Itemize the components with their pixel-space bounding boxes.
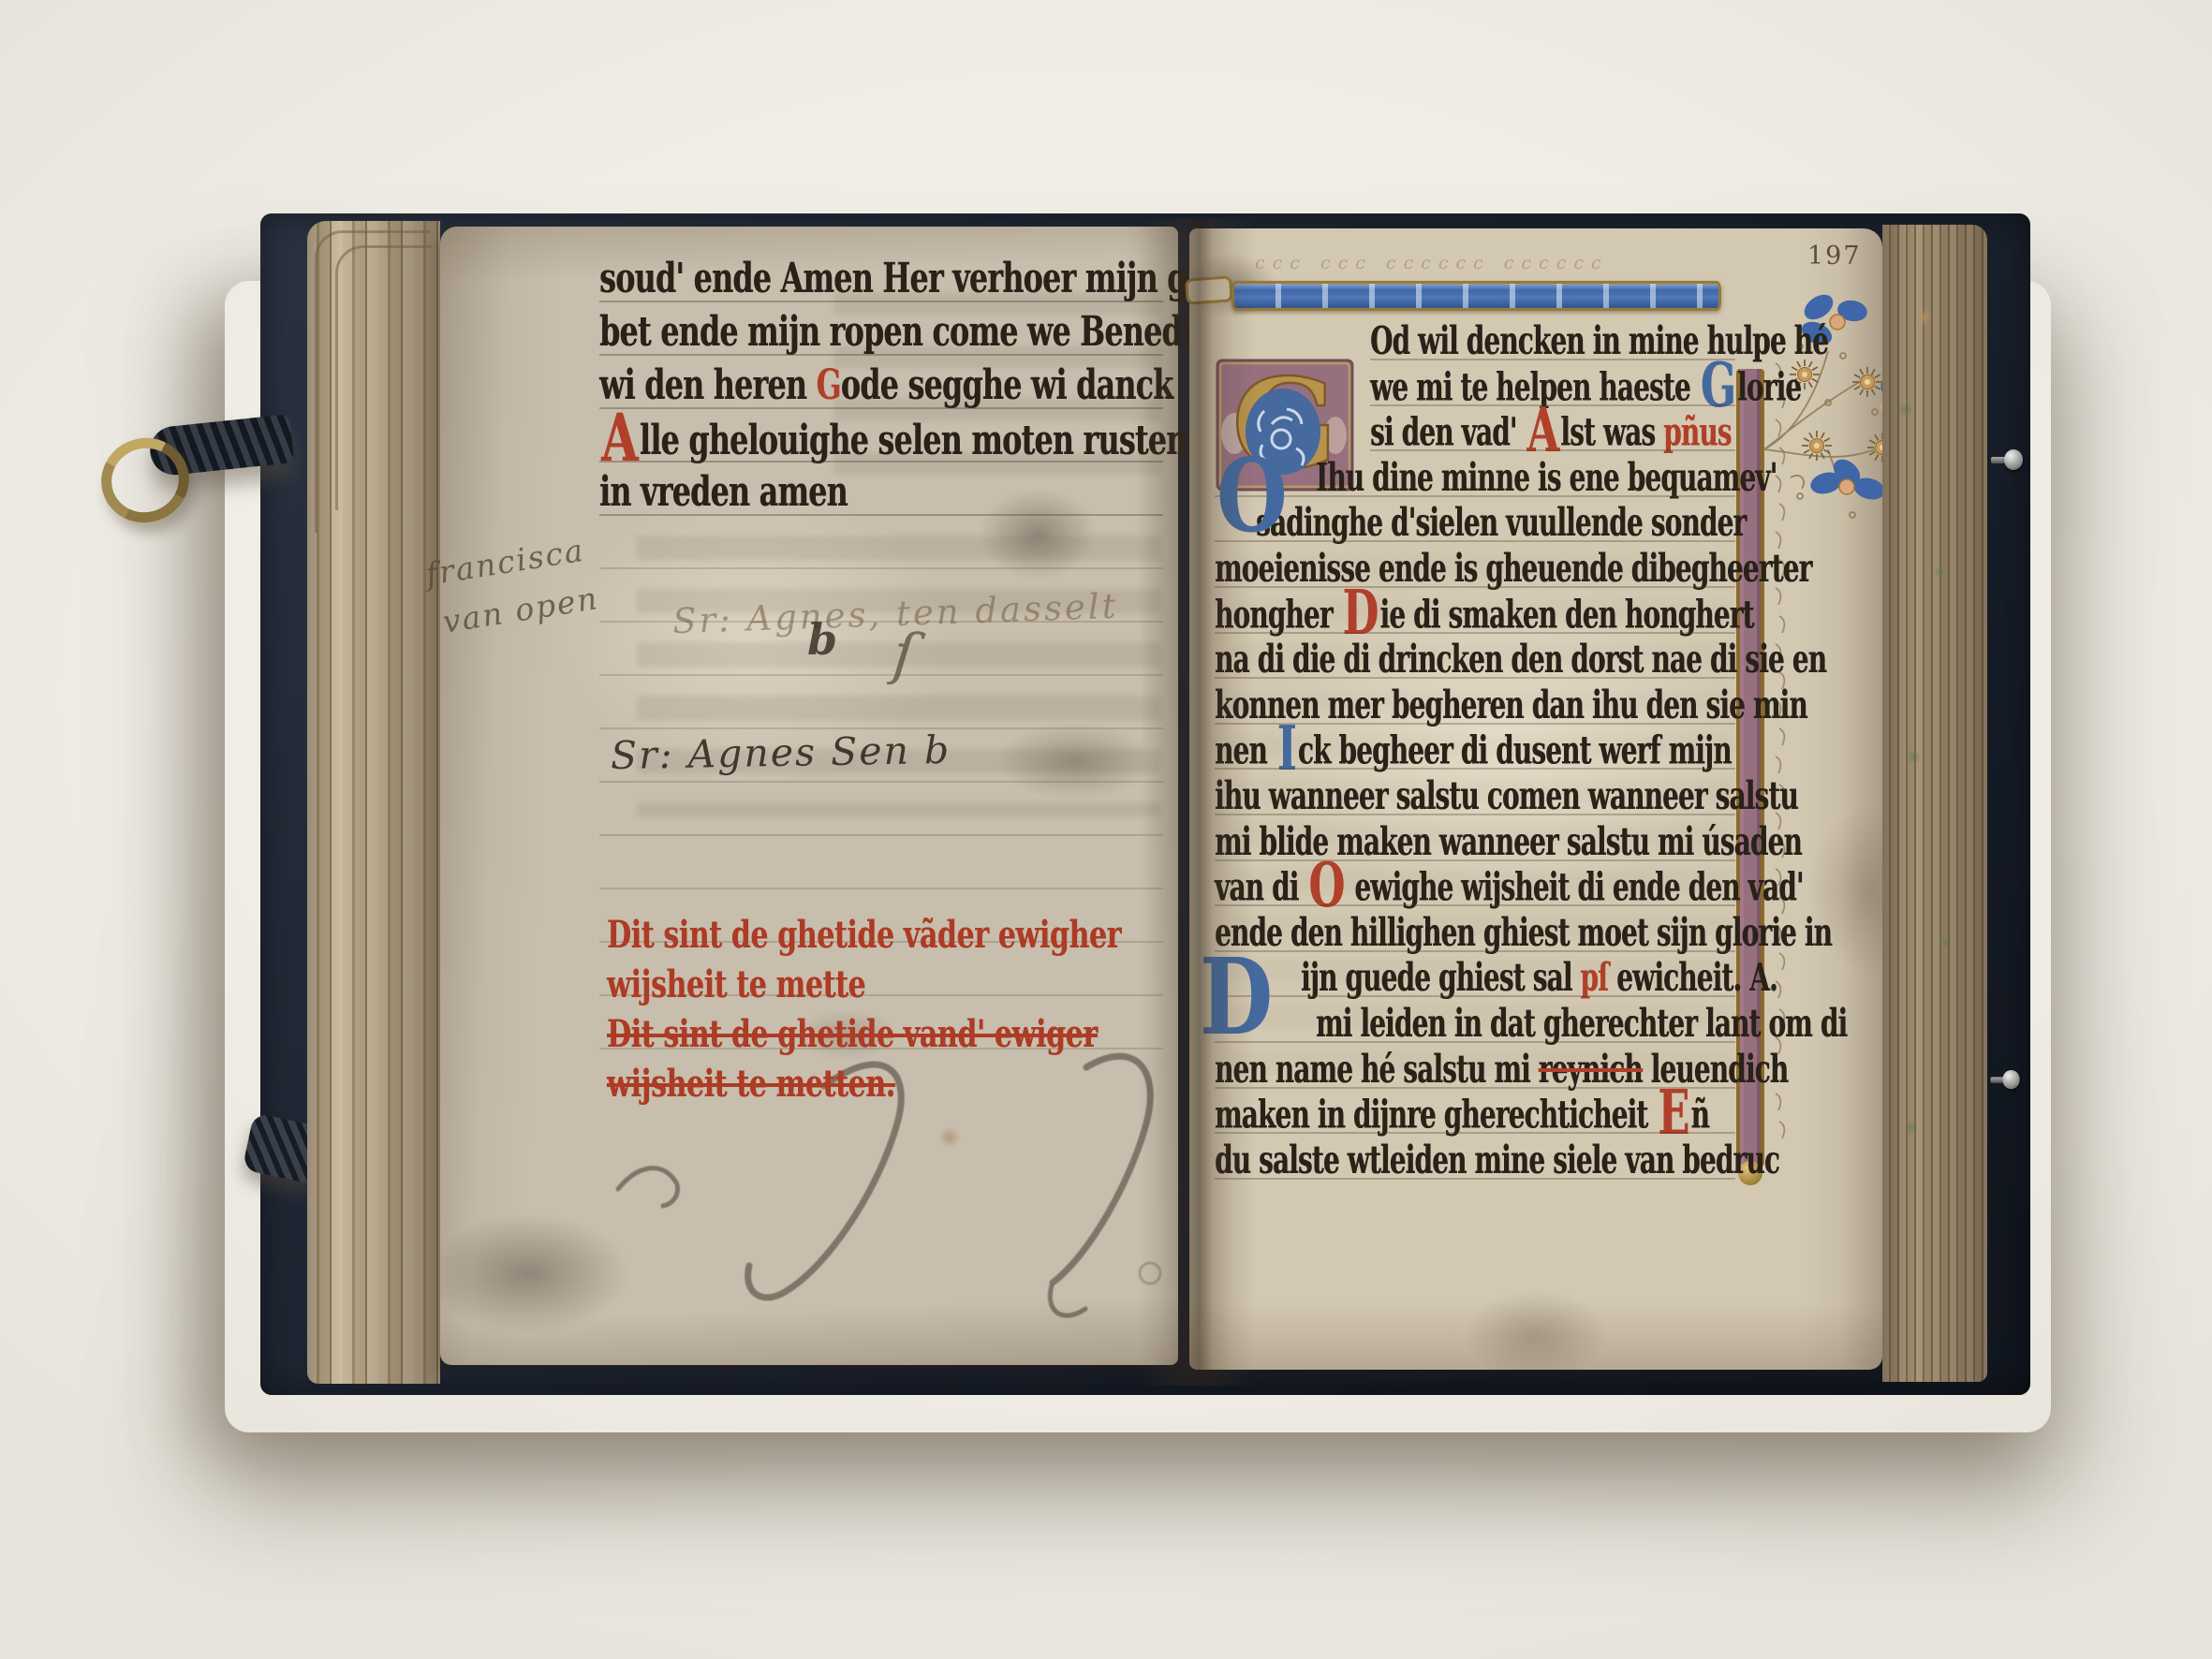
manuscript-line: ihu wanneer salstu comen wanneer salstu — [1215, 773, 1798, 818]
text-segment: ewicheit. A. — [1616, 955, 1777, 1000]
manuscript-line: in vreden amen — [599, 468, 848, 516]
text-segment: lst was — [1560, 410, 1663, 455]
text-segment: moeienisse ende is gheuende dibegheerter — [1215, 546, 1811, 591]
clasp-pin-top — [1991, 442, 2025, 479]
ruled-line — [1215, 1132, 1735, 1134]
penwork-comma — [1776, 1094, 1780, 1110]
manuscript-line: moeienisse ende is gheuende dibegheerter — [1215, 546, 1811, 591]
manuscript-line: ijn guede ghiest sal pſ ewicheit. A. — [1301, 955, 1777, 1000]
ruled-line — [1215, 495, 1735, 497]
rubric-line: wijsheit te mette — [607, 962, 865, 1006]
rubric-line: Dit sint de ghetide vand' ewiger — [607, 1012, 1098, 1056]
penwork-comma — [1779, 728, 1784, 745]
ruled-line — [599, 301, 1163, 302]
rubric-line: Dit sint de ghetide vãder ewigher — [607, 913, 1121, 957]
leaf-corner-edge — [335, 245, 432, 510]
manuscript-line: wi den heren Gode segghe wi danck — [599, 361, 1172, 409]
manuscript-line: ende den hillighen ghiest moet sijn glor… — [1215, 910, 1832, 955]
manuscript-line: na di die di drincken den dorst nae di s… — [1215, 637, 1826, 682]
text-segment: ck begheer di dusent werf mijn — [1298, 728, 1732, 773]
text-segment: in vreden amen — [599, 468, 848, 516]
text-segment: na di die di drincken den dorst nae di s… — [1215, 637, 1826, 682]
border-bar-cap — [1185, 275, 1233, 304]
text-segment: mi leiden in dat gherechter lant om di — [1316, 1001, 1847, 1046]
text-segment: ie di smaken den honghert — [1379, 592, 1753, 637]
left-page: francisca van open Sr: Agnes, ten dassel… — [440, 227, 1178, 1365]
manuscript-line: sadinghe d'sielen vuullende sonder — [1256, 500, 1746, 545]
ruled-line — [599, 461, 1163, 462]
pin-head — [2004, 449, 2023, 470]
ruled-line — [599, 674, 1163, 676]
text-segment: hongher — [1215, 592, 1341, 637]
photo-backdrop: francisca van open Sr: Agnes, ten dassel… — [0, 0, 2212, 1659]
penwork-comma — [1779, 504, 1784, 521]
text-segment: ihu wanneer salstu comen wanneer salstu — [1215, 773, 1798, 818]
inscription-francisca-line2: van open — [440, 580, 601, 640]
manuscript-line: konnen mer begheren dan ihu den sie min — [1215, 683, 1807, 727]
ruled-line — [1215, 814, 1735, 815]
text-segment: sadinghe d'sielen vuullende sonder — [1256, 500, 1746, 545]
manuscript-line: hongher Die di smaken den honghert — [1215, 592, 1754, 637]
text-segment: bet ende mijn ropen come we Benedic di — [599, 308, 1250, 356]
text-segment: ende den hillighen ghiest moet sijn glor… — [1215, 910, 1832, 955]
text-segment: van di — [1215, 865, 1306, 910]
penwork-comma — [1779, 616, 1784, 633]
drop-cap-initial: D — [1200, 946, 1273, 1050]
penwork-comma — [1779, 1122, 1784, 1138]
penwork-comma — [1776, 756, 1780, 773]
text-segment: ñ — [1691, 1093, 1709, 1138]
ruled-line — [1215, 768, 1735, 770]
penwork-comma — [1779, 953, 1784, 970]
manuscript-line: bet ende mijn ropen come we Benedic di — [599, 308, 1250, 356]
text-segment: pſ — [1580, 955, 1616, 1000]
manuscript-line: van di O ewighe wijsheit di ende den vad… — [1215, 864, 1804, 909]
rubric-line: wijsheit te metten. — [607, 1062, 895, 1106]
manuscript-line: mi blide maken wanneer salstu mi úsaden — [1215, 819, 1802, 864]
manuscript-line: si den vad' Alst was pñus — [1370, 409, 1732, 454]
text-segment: pñus — [1663, 410, 1731, 455]
manuscript-line: maken in dijnre gherechticheit Eñ — [1215, 1092, 1709, 1137]
manuscript-line: soud' ende Amen Her verhoer mijn ghe — [599, 255, 1226, 302]
pin-head — [2002, 1070, 2019, 1089]
ruled-line — [599, 834, 1163, 836]
ruled-line — [599, 727, 1163, 729]
text-segment: mi blide maken wanneer salstu mi úsaden — [1215, 819, 1802, 864]
ruled-line — [1215, 632, 1735, 634]
text-segment: ode segghe wi danck — [841, 361, 1173, 409]
text-segment: reynich — [1539, 1047, 1643, 1092]
pen-trials-doodle: ccc ccc cccccc cccccc — [1255, 253, 1609, 273]
ruled-line — [599, 514, 1163, 516]
text-segment: ijn guede ghiest sal — [1301, 955, 1580, 1000]
ruled-line — [1215, 1041, 1735, 1043]
ruled-line — [1215, 586, 1735, 588]
ruled-line — [1215, 904, 1735, 906]
text-segment: du salste wtleiden mine siele van bedruc — [1215, 1138, 1779, 1182]
manuscript-book: francisca van open Sr: Agnes, ten dassel… — [260, 213, 2030, 1395]
text-segment: Od wil dencken in mine hulpe hé — [1370, 318, 1828, 363]
text-segment: lorie — [1737, 364, 1801, 409]
text-segment: A — [601, 399, 638, 477]
manuscript-line: we mi te helpen haeste Glorie — [1370, 364, 1801, 409]
penwork-daisy — [1852, 367, 1882, 397]
ruled-line — [1215, 859, 1735, 861]
right-page: ccc ccc cccccc cccccc 197 G — [1189, 228, 1882, 1370]
manuscript-line: nen Ick begheer di dusent werf mijn — [1215, 727, 1732, 772]
manuscript-line: Ihu dine minne is ene bequamev' — [1316, 455, 1777, 500]
penwork-comma — [1779, 448, 1784, 464]
text-segment: konnen mer begheren dan ihu den sie min — [1215, 683, 1807, 727]
text-segment: soud' ende Amen Her verhoer mijn ghe — [599, 255, 1226, 302]
ruled-line — [1370, 359, 1735, 360]
ruled-line — [1215, 1178, 1735, 1180]
ruled-line — [1215, 540, 1735, 542]
manuscript-line: nen name hé salstu mi reynich leuendich — [1215, 1047, 1788, 1092]
text-segment: Ihu dine minne is ene bequamev' — [1316, 455, 1777, 500]
ruled-line — [1215, 995, 1735, 997]
ruled-line — [1370, 449, 1735, 451]
inscription-owner-dark: Sr: Agnes Sen b — [611, 727, 951, 778]
ruled-line — [599, 621, 1163, 623]
top-border-bar — [1231, 281, 1721, 311]
manuscript-line: mi leiden in dat gherechter lant om di — [1316, 1001, 1847, 1046]
penwork-comma — [1776, 419, 1780, 436]
manuscript-line: Alle ghelouighe selen moten rusten — [599, 415, 1187, 464]
text-segment: G — [816, 361, 840, 409]
text-segment: ewighe wijsheit di ende den vad' — [1346, 865, 1803, 910]
manuscript-line: Od wil dencken in mine hulpe hé — [1370, 318, 1828, 363]
right-fore-edge — [1882, 225, 1987, 1382]
left-leaf-stack — [307, 221, 440, 1384]
ruled-line — [599, 354, 1163, 356]
ruled-line — [1215, 950, 1735, 952]
ruled-line — [599, 407, 1163, 409]
text-segment: si den vad' — [1370, 410, 1525, 455]
inscription-francisca: francisca van open — [423, 531, 601, 642]
clasp-pin-bottom — [1990, 1064, 2021, 1098]
ruled-line — [599, 888, 1163, 889]
ruled-line — [599, 567, 1163, 569]
text-segment: nen — [1215, 728, 1276, 773]
drop-cap-initial: O — [1217, 446, 1287, 547]
manuscript-line: du salste wtleiden mine siele van bedruc — [1215, 1138, 1779, 1182]
ruled-line — [599, 781, 1163, 783]
ruled-line — [1215, 677, 1735, 679]
text-segment: maken in dijnre gherechticheit — [1215, 1093, 1656, 1138]
text-segment: lle ghelouighe selen moten rusten — [640, 417, 1187, 464]
